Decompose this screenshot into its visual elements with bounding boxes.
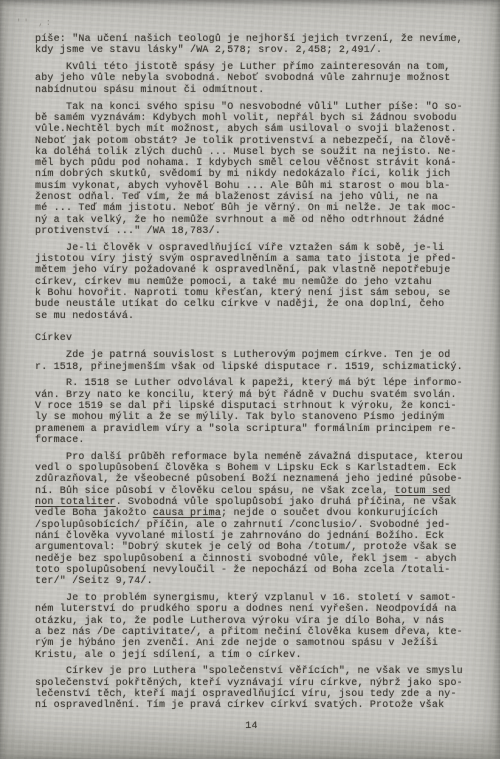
page-number: 14 [35,721,468,732]
text-line: otázku, jak to, že podle Lutherova výrok… [35,616,475,627]
text-line: pramenem a pravidlem víry a "sola script… [35,424,475,435]
text-line: neděje bez spolupůsobení a činnosti svob… [35,554,475,565]
paragraph: Je-li člověk v ospravedlňující víře vzta… [35,243,475,322]
text-line: V roce 1519 se dal při lipské disputaci … [35,401,475,412]
text-line: Církev je pro Luthera "společenství věří… [35,666,475,677]
scanned-document-page: '' ,: píše: "Na učení našich teologů je … [0,0,500,759]
paragraph: R. 1518 se Luther odvolával k papeži, kt… [35,378,475,446]
text-line: ván. Brzy nato ke koncilu, který má být … [35,390,475,401]
paragraph: Je to problém synergismu, který vzplanul… [35,593,475,661]
paragraph: Církev je pro Luthera "společenství věří… [35,666,475,711]
paragraph: Kvůli této jistotě spásy je Luther přímo… [35,62,475,96]
text-line: ly se mohou mýlit a že se mýlily. Tak by… [35,412,475,423]
text-line: vedl o spolupůsobení člověka s Bohem v L… [35,463,475,474]
text-line: a bez nás /De captivitate/, a přitom neč… [35,627,475,638]
text-line: non totaliter. Svobodná vůle spolupůsobí… [35,497,475,508]
text-line: ní ospravedlnění. Tím je pravá církev cí… [35,700,475,711]
text-line: ný a tak velký, že ho nemůže svrhnout a … [35,215,475,226]
text-line: lečenství těch, kteří mají ospravedlňují… [35,689,475,700]
text-line: aby jeho vůle nebyla svobodná. Neboť svo… [35,73,475,84]
text-line: Kristu, ale o její sdílení, a tím o círk… [35,650,475,661]
text-line: měl bych půdu pod nohama. I kdybych směl… [35,158,475,169]
text-line: ter/" /Seitz 9,74/. [35,576,475,587]
text-line: toto spolupůsobení nevyloučil - že nepoc… [35,565,475,576]
text-line: se mu nedostává. [35,311,475,322]
text-line: formace. [35,435,475,446]
text-block: píše: "Na učení našich teologů je nejhor… [35,34,475,732]
text-line: protivenství ..." /WA 18,783/. [35,226,475,237]
text-line: ní. Bůh sice působí v člověku celou spás… [35,486,475,497]
paragraph: Tak na konci svého spisu "O nesvobodné v… [35,102,475,238]
text-line: vůle.Nechtěl bych mít možnost, abych sám… [35,124,475,135]
scan-speckle: '' ,: [16,18,53,28]
text-line: bě samém vyznávám: Kdybych mohl volit, n… [35,113,475,124]
text-line: nání člověka vyvolané milostí je zahrnov… [35,531,475,542]
text-line: mětem jeho víry požadované k ospravedlně… [35,265,475,276]
text-line: musím vykonat, abych vyhověl Bohu ... Al… [35,181,475,192]
paragraph: Zde je patrná souvislost s Lutherovým po… [35,350,475,373]
section-heading: Církev [35,333,475,344]
text-line: argumentoval: "Dobrý skutek je celý od B… [35,542,475,553]
text-line: nabídnutou spásu minout či odmítnout. [35,85,475,96]
text-line: Je to problém synergismu, který vzplanul… [35,593,475,604]
text-line: kdy jsme ve stavu lásky" /WA 2,578; srov… [35,45,475,56]
text-line: Zde je patrná souvislost s Lutherovým po… [35,350,475,361]
text-line: církev, církev mu nemůže pomoci, a také … [35,277,475,288]
text-line: Neboť jak potom obstát? Je tolik protive… [35,136,475,147]
text-line: píše: "Na učení našich teologů je nejhor… [35,34,475,45]
text-line: Kvůli této jistotě spásy je Luther přímo… [35,62,475,73]
text-line: Pro další průběh reformace byla neméně z… [35,452,475,463]
paragraph: Pro další průběh reformace byla neméně z… [35,452,475,588]
underlined-text: totum sed [395,486,451,497]
paragraph: píše: "Na učení našich teologů je nejhor… [35,34,475,57]
text-line: R. 1518 se Luther odvolával k papeži, kt… [35,378,475,389]
text-line: k Bohu hovořit. Naproti tomu křesťan, kt… [35,288,475,299]
text-line: /spolupůsobících/ příčin, ale o zahrnutí… [35,520,475,531]
text-line: ženost odňal. Teď vím, že má blaženost z… [35,192,475,203]
underlined-text: causa prima [153,508,221,519]
text-line: společenství pokřtěných, kteří vyznávají… [35,678,475,689]
text-line: jistotou víry jistý svým ospravedlněním … [35,254,475,265]
text-line: r. 1518, přinejmenším však od lipské dis… [35,362,475,373]
text-line: ním dobrých skutků, svědomí by mi nikdy … [35,169,475,180]
text-line: zdůrazňoval, že všeobecné působení Boží … [35,474,475,485]
text-line: ka doléhá tolik zlých duchů ... Musel by… [35,147,475,158]
underlined-text: non totaliter [35,497,116,508]
text-line: rým je hýbáno jen zvenčí. Ani zde nejde … [35,638,475,649]
text-line: Je-li člověk v ospravedlňující víře vzta… [35,243,475,254]
text-line: vedle Boha jakožto causa prima; nejde o … [35,508,475,519]
text-line: mé ... Teď mám jistotu. Neboť Bůh je věr… [35,203,475,214]
text-line: Tak na konci svého spisu "O nesvobodné v… [35,102,475,113]
text-line: ném luterství do prudkého sporu a dodnes… [35,604,475,615]
text-line: bude neustále utíkat do celku církve v n… [35,299,475,310]
